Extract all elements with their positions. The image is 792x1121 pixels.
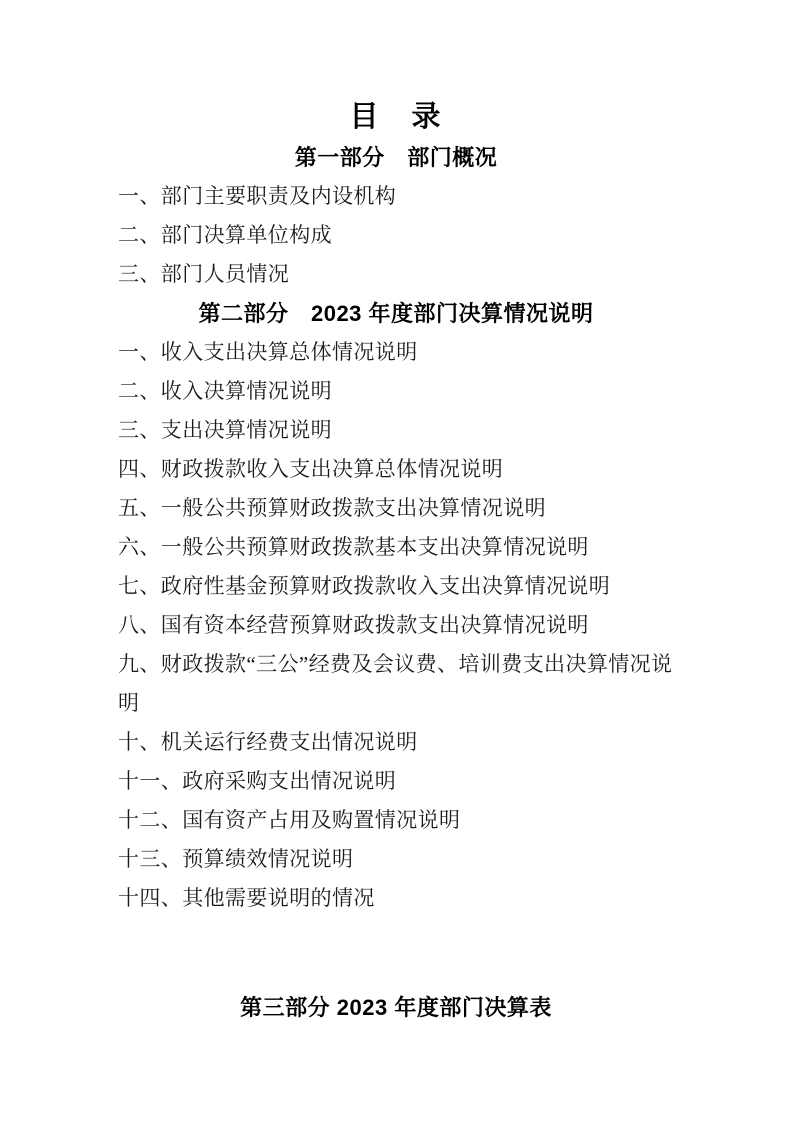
toc-item: 一、部门主要职责及内设机构 (118, 177, 676, 216)
toc-item: 八、国有资本经营预算财政拨款支出决算情况说明 (118, 606, 676, 645)
toc-item: 十二、国有资产占用及购置情况说明 (118, 801, 676, 840)
page-title: 目 录 (0, 96, 792, 138)
toc-item: 十一、政府采购支出情况说明 (118, 762, 676, 801)
toc-item: 三、支出决算情况说明 (118, 411, 676, 450)
toc-item: 十、机关运行经费支出情况说明 (118, 723, 676, 762)
toc-item: 六、一般公共预算财政拨款基本支出决算情况说明 (118, 528, 676, 567)
toc-item: 四、财政拨款收入支出决算总体情况说明 (118, 450, 676, 489)
part2-item-list: 一、收入支出决算总体情况说明 二、收入决算情况说明 三、支出决算情况说明 四、财… (118, 333, 676, 918)
toc-item: 二、收入决算情况说明 (118, 372, 676, 411)
part2-heading: 第二部分 2023 年度部门决算情况说明 (0, 294, 792, 333)
toc-item: 二、部门决算单位构成 (118, 216, 676, 255)
part1-item-list: 一、部门主要职责及内设机构 二、部门决算单位构成 三、部门人员情况 (118, 177, 676, 294)
part1-heading: 第一部分 部门概况 (0, 138, 792, 177)
toc-item: 三、部门人员情况 (118, 255, 676, 294)
toc-item: 九、财政拨款“三公”经费及会议费、培训费支出决算情况说明 (118, 645, 676, 723)
toc-item: 七、政府性基金预算财政拨款收入支出决算情况说明 (118, 567, 676, 606)
toc-page: 目 录 第一部分 部门概况 一、部门主要职责及内设机构 二、部门决算单位构成 三… (0, 0, 792, 1121)
toc-item: 十三、预算绩效情况说明 (118, 840, 676, 879)
part3-heading: 第三部分 2023 年度部门决算表 (0, 988, 792, 1027)
toc-item: 十四、其他需要说明的情况 (118, 879, 676, 918)
toc-item: 五、一般公共预算财政拨款支出决算情况说明 (118, 489, 676, 528)
toc-item: 一、收入支出决算总体情况说明 (118, 333, 676, 372)
